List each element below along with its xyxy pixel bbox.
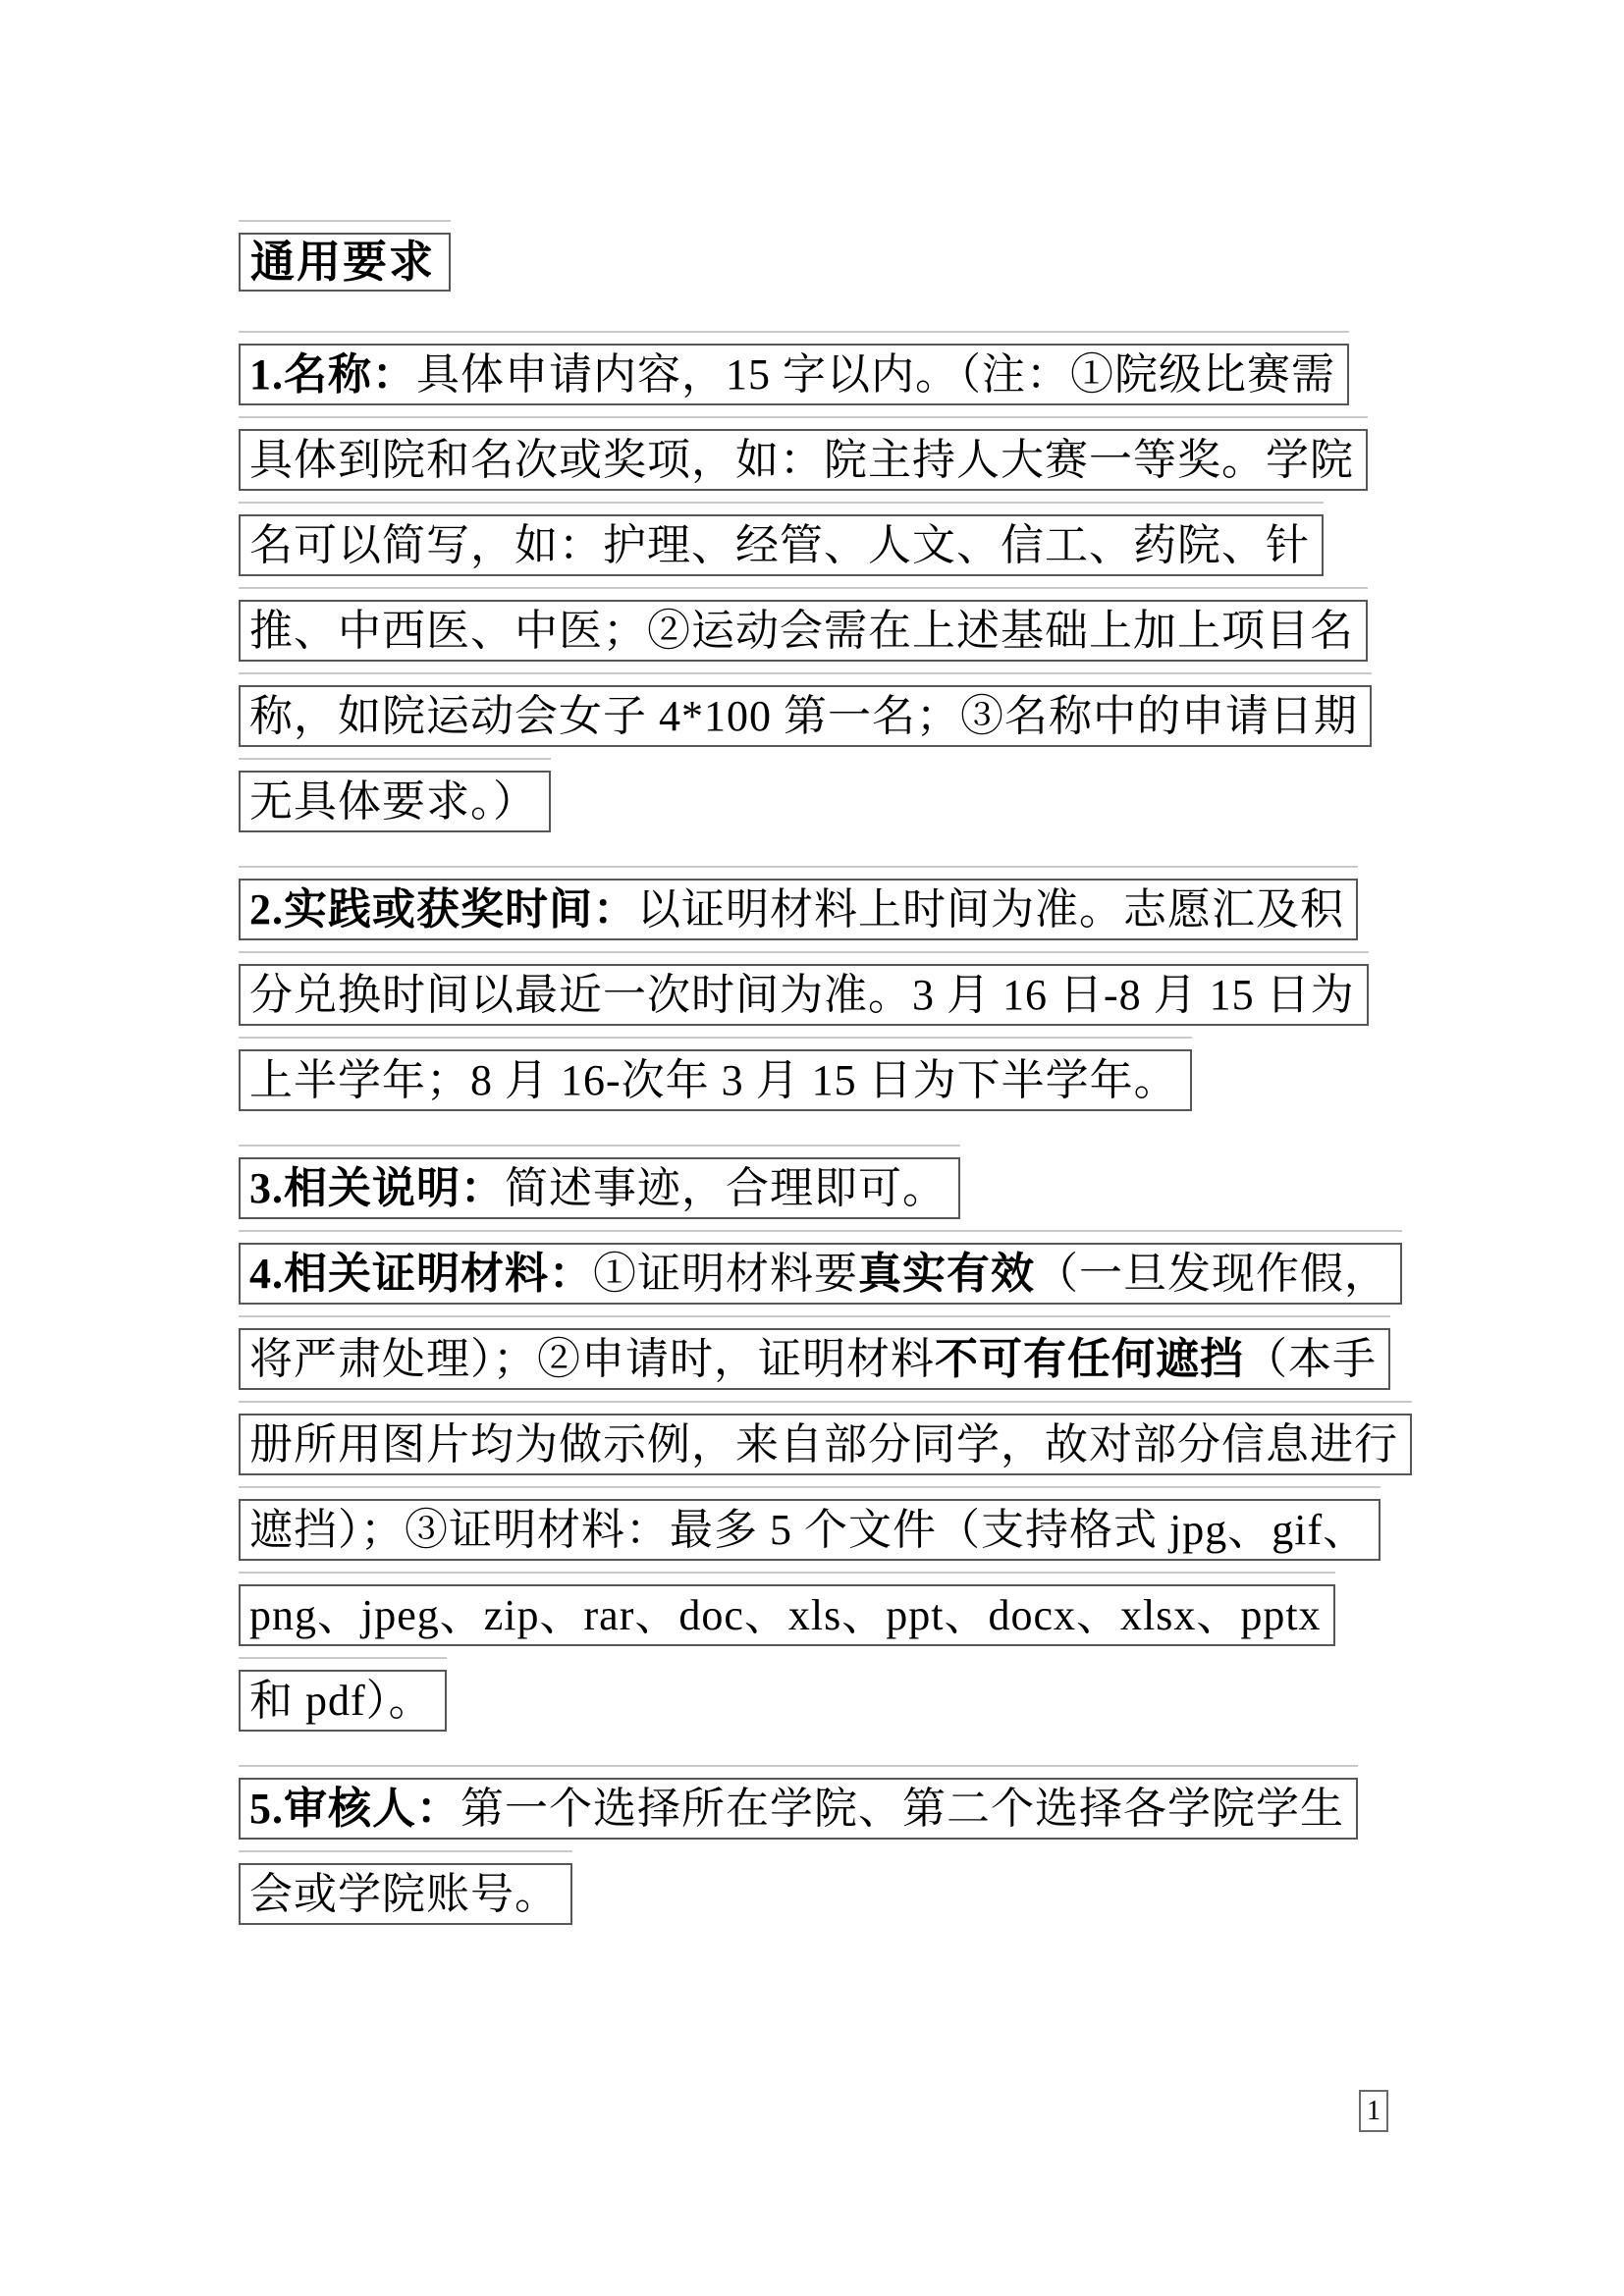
text-run: 称，如院运动会女子 4*100 第一名；③名称中的申请日期 bbox=[249, 692, 1358, 740]
text-run: 具体到院和名次或奖项，如：院主持人大赛一等奖。学院 bbox=[249, 436, 1354, 484]
bold-text-run: 1.名称： bbox=[249, 350, 416, 399]
text-run: 无具体要求。） bbox=[249, 777, 537, 826]
text-run: 简述事迹，合理即可。 bbox=[505, 1164, 947, 1212]
text-run: 和 pdf）。 bbox=[249, 1677, 433, 1725]
text-line: 将严肃处理）；②申请时，证明材料不可有任何遮挡（本手 bbox=[239, 1328, 1390, 1390]
item-2-time: 2.实践或获奖时间：以证明材料上时间为准。志愿汇及积分兑换时间以最近一次时间为准… bbox=[239, 879, 1412, 1135]
document-page: 通用要求 1.名称：具体申请内容，15 字以内。（注：①院级比赛需具体到院和名次… bbox=[0, 0, 1624, 2296]
text-run: 遮挡）；③证明材料：最多 5 个文件（支持格式 jpg、gif、 bbox=[249, 1506, 1367, 1554]
text-line: 2.实践或获奖时间：以证明材料上时间为准。志愿汇及积 bbox=[239, 879, 1358, 940]
text-run: 将严肃处理）；②申请时，证明材料 bbox=[249, 1335, 935, 1383]
text-line: 具体到院和名次或奖项，如：院主持人大赛一等奖。学院 bbox=[239, 429, 1368, 491]
text-run: 上半学年；8 月 16-次年 3 月 15 日为下半学年。 bbox=[249, 1056, 1178, 1104]
document-content: 通用要求 1.名称：具体申请内容，15 字以内。（注：①院级比赛需具体到院和名次… bbox=[239, 233, 1412, 1971]
item-4-proof-materials: 4.相关证明材料：①证明材料要真实有效（一旦发现作假，将严肃处理）；②申请时，证… bbox=[239, 1243, 1412, 1755]
text-run: ①证明材料要 bbox=[593, 1250, 858, 1298]
text-run: 具体申请内容，15 字以内。（注：①院级比赛需 bbox=[416, 350, 1335, 399]
bold-text-run: 2.实践或获奖时间： bbox=[249, 885, 637, 934]
text-run: 推、中西医、中医；②运动会需在上述基础上加上项目名 bbox=[249, 607, 1354, 655]
text-line: 遮挡）；③证明材料：最多 5 个文件（支持格式 jpg、gif、 bbox=[239, 1499, 1380, 1561]
text-run: 分兑换时间以最近一次时间为准。3 月 16 日-8 月 15 日为 bbox=[249, 971, 1355, 1019]
requirements-list: 1.名称：具体申请内容，15 字以内。（注：①院级比赛需具体到院和名次或奖项，如… bbox=[239, 344, 1412, 1971]
item-1-name: 1.名称：具体申请内容，15 字以内。（注：①院级比赛需具体到院和名次或奖项，如… bbox=[239, 344, 1412, 856]
text-run: 以证明材料上时间为准。志愿汇及积 bbox=[637, 885, 1344, 934]
text-line: 5.审核人：第一个选择所在学院、第二个选择各学院学生 bbox=[239, 1778, 1358, 1840]
text-line: 4.相关证明材料：①证明材料要真实有效（一旦发现作假， bbox=[239, 1243, 1402, 1305]
bold-text-run: 5.审核人： bbox=[249, 1785, 460, 1833]
text-run: 名可以简写，如：护理、经管、人文、信工、药院、针 bbox=[249, 521, 1310, 569]
text-run: 第一个选择所在学院、第二个选择各学院学生 bbox=[460, 1785, 1344, 1833]
section-title: 通用要求 bbox=[239, 233, 451, 292]
text-line: 称，如院运动会女子 4*100 第一名；③名称中的申请日期 bbox=[239, 685, 1372, 747]
item-5-reviewer: 5.审核人：第一个选择所在学院、第二个选择各学院学生会或学院账号。 bbox=[239, 1778, 1412, 1949]
text-line: 册所用图片均为做示例，来自部分同学，故对部分信息进行 bbox=[239, 1414, 1412, 1475]
text-line: 上半学年；8 月 16-次年 3 月 15 日为下半学年。 bbox=[239, 1049, 1192, 1111]
text-line: png、jpeg、zip、rar、doc、xls、ppt、docx、xlsx、p… bbox=[239, 1584, 1335, 1646]
bold-text-run: 真实有效 bbox=[858, 1250, 1035, 1298]
text-line: 推、中西医、中医；②运动会需在上述基础上加上项目名 bbox=[239, 600, 1368, 662]
text-run: （本手 bbox=[1244, 1335, 1377, 1383]
text-line: 3.相关说明：简述事迹，合理即可。 bbox=[239, 1157, 960, 1219]
text-run: 会或学院账号。 bbox=[249, 1870, 559, 1918]
bold-text-run: 3.相关说明： bbox=[249, 1164, 505, 1212]
text-run: 册所用图片均为做示例，来自部分同学，故对部分信息进行 bbox=[249, 1420, 1398, 1468]
text-run: png、jpeg、zip、rar、doc、xls、ppt、docx、xlsx、p… bbox=[249, 1591, 1322, 1639]
text-line: 分兑换时间以最近一次时间为准。3 月 16 日-8 月 15 日为 bbox=[239, 964, 1369, 1026]
bold-text-run: 4.相关证明材料： bbox=[249, 1250, 593, 1298]
text-line: 名可以简写，如：护理、经管、人文、信工、药院、针 bbox=[239, 514, 1324, 576]
bold-text-run: 不可有任何遮挡 bbox=[935, 1335, 1244, 1383]
text-line: 无具体要求。） bbox=[239, 771, 551, 832]
text-line: 1.名称：具体申请内容，15 字以内。（注：①院级比赛需 bbox=[239, 344, 1349, 405]
text-line: 和 pdf）。 bbox=[239, 1670, 447, 1732]
text-run: （一旦发现作假， bbox=[1035, 1250, 1388, 1298]
page-number: 1 bbox=[1359, 2090, 1388, 2132]
text-line: 会或学院账号。 bbox=[239, 1863, 572, 1925]
